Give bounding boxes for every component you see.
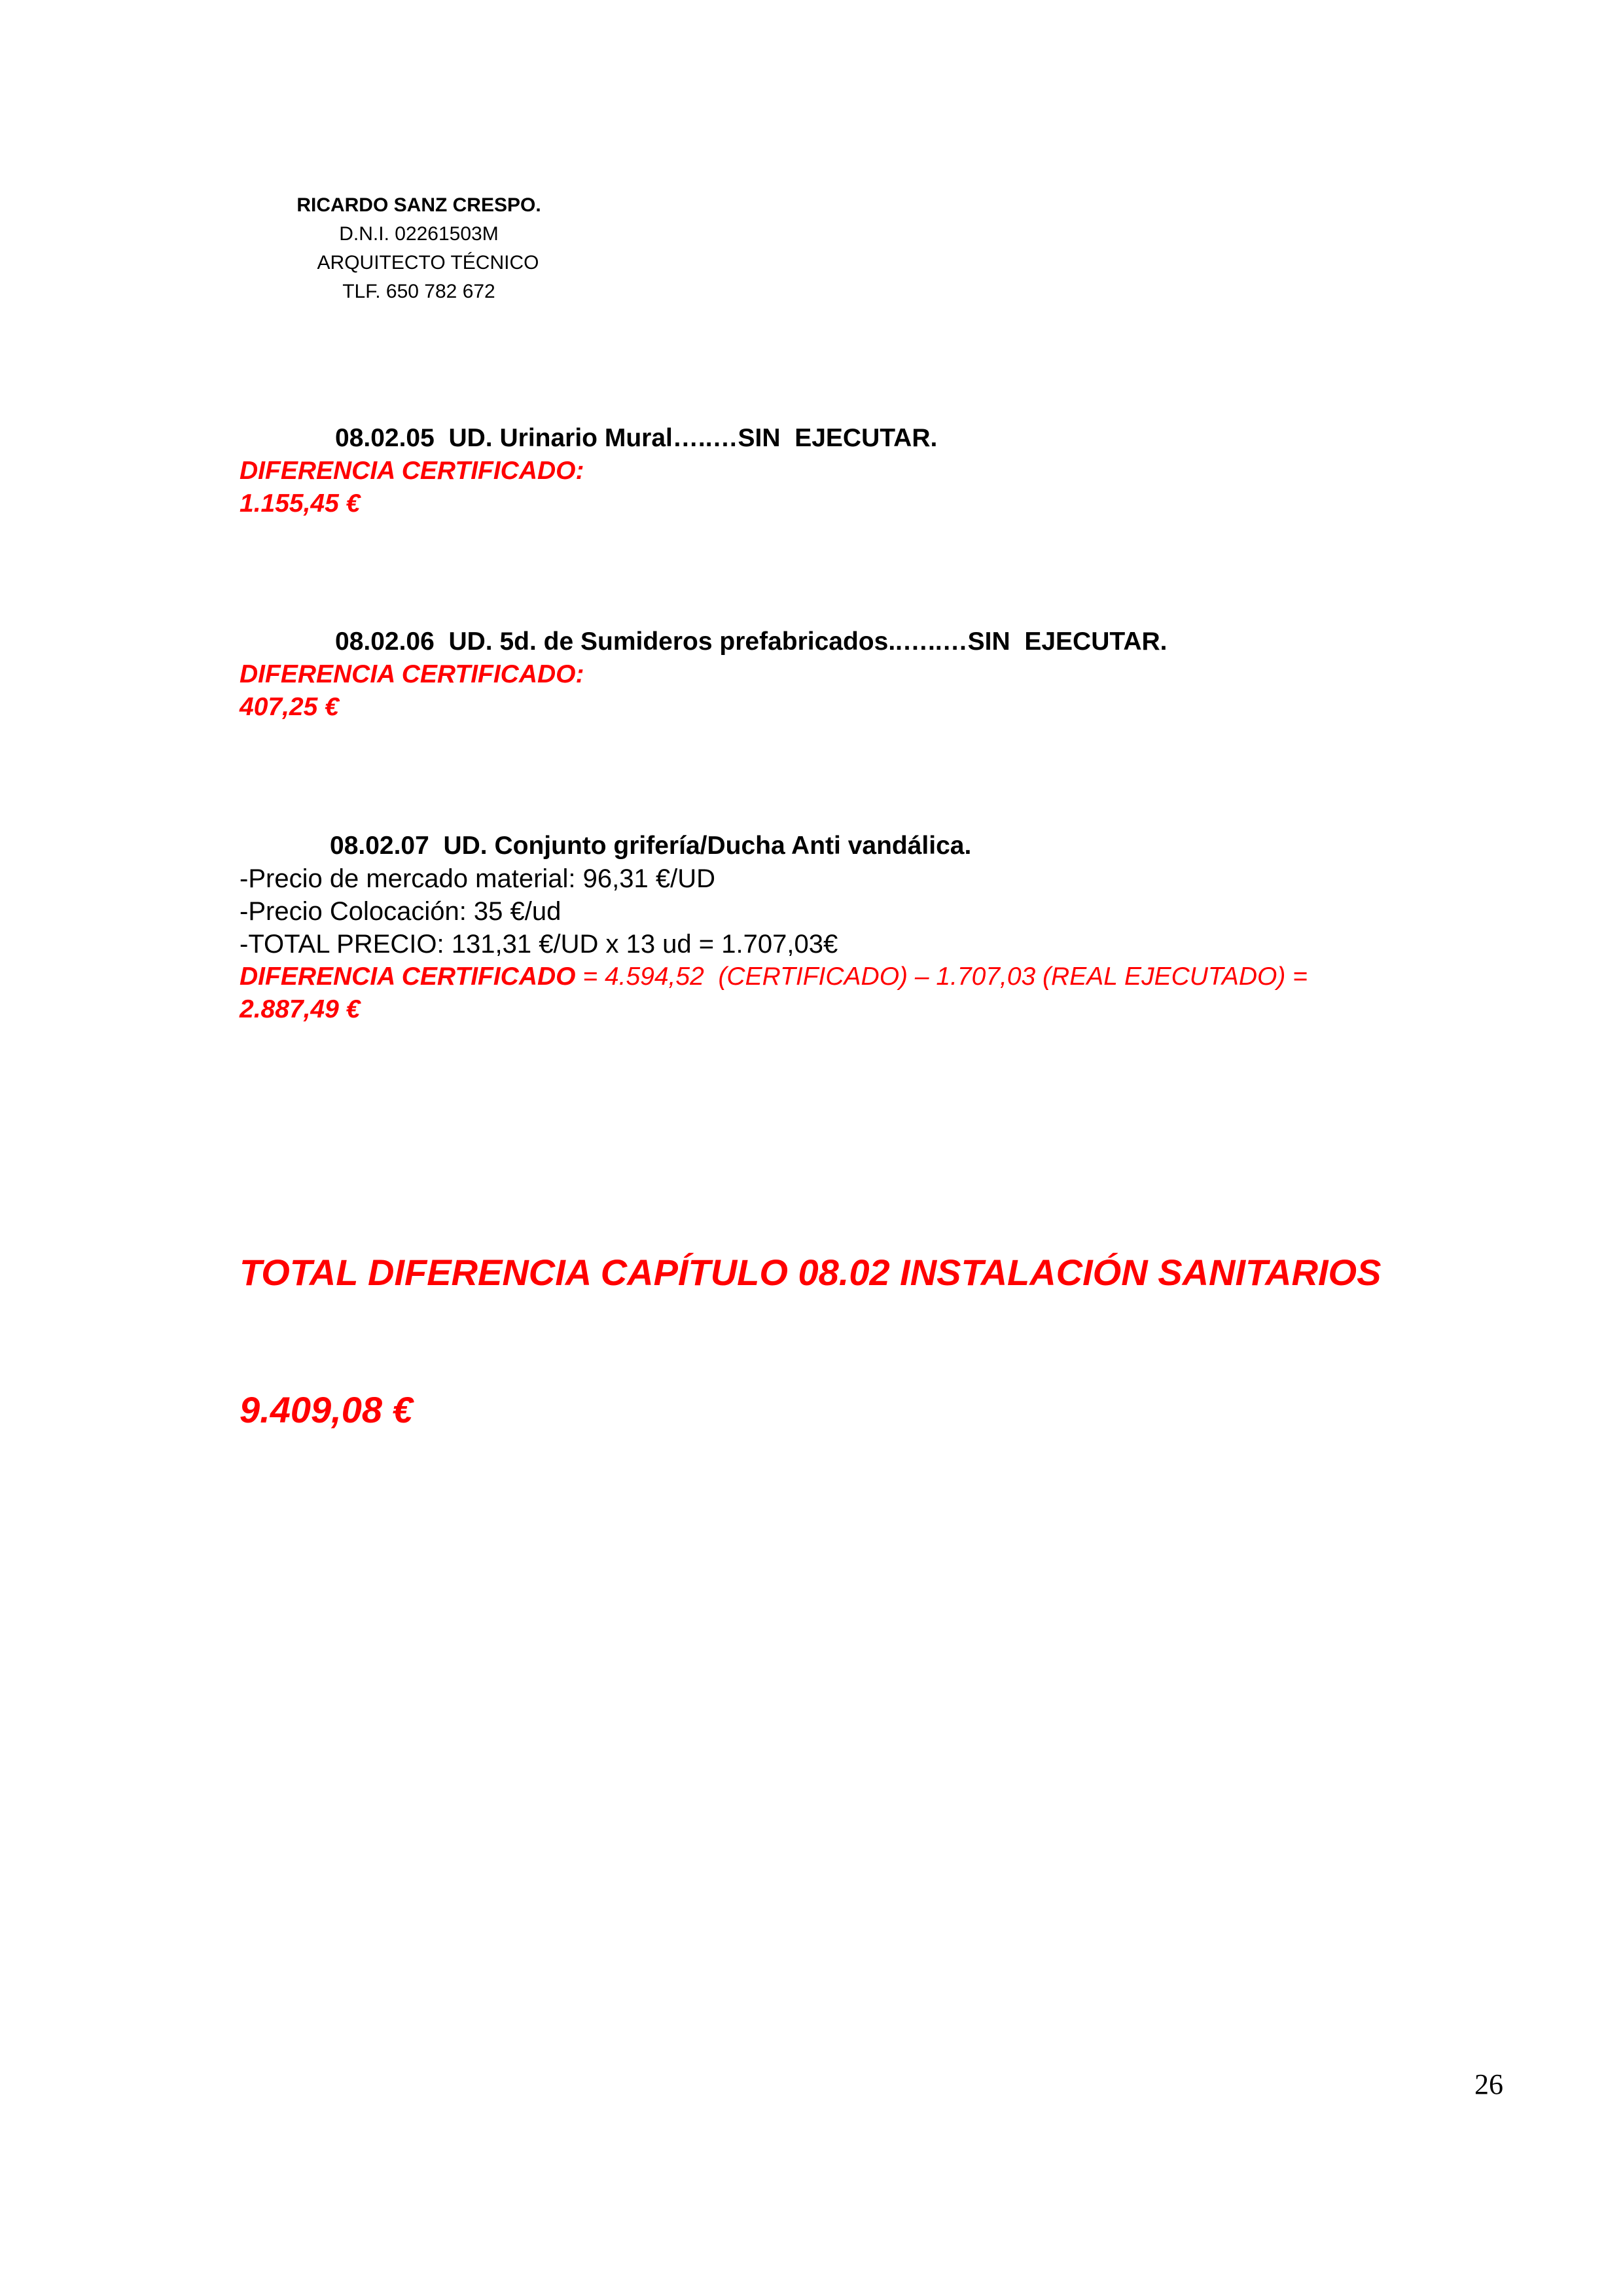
- diff-value: 2.887,49 €: [240, 993, 1548, 1026]
- author-phone: TLF. 650 782 672: [275, 277, 563, 306]
- chapter-total: TOTAL DIFERENCIA CAPÍTULO 08.02 INSTALAC…: [240, 1158, 1381, 1479]
- diff-value: 407,25 €: [240, 691, 1548, 724]
- diff-label: DIFERENCIA CERTIFICADO:: [240, 455, 1548, 487]
- item-08-02-05: 08.02.05 UD. Urinario Mural…..…SIN EJECU…: [240, 422, 1548, 520]
- diff-label: DIFERENCIA CERTIFICADO:: [240, 658, 1548, 691]
- diff-line: DIFERENCIA CERTIFICADO = 4.594,52 (CERTI…: [240, 961, 1548, 993]
- total-label: TOTAL DIFERENCIA CAPÍTULO 08.02 INSTALAC…: [240, 1250, 1381, 1296]
- diff-label: DIFERENCIA CERTIFICADO: [240, 963, 576, 991]
- author-dni: D.N.I. 02261503M: [275, 220, 563, 249]
- diff-value: 1.155,45 €: [240, 487, 1548, 520]
- item-title: 08.02.06 UD. 5d. de Sumideros prefabrica…: [240, 626, 1548, 658]
- item-title: 08.02.07 UD. Conjunto grifería/Ducha Ant…: [240, 830, 1548, 862]
- price-material: -Precio de mercado material: 96,31 €/UD: [240, 862, 1548, 895]
- price-placement: -Precio Colocación: 35 €/ud: [240, 895, 1548, 928]
- author-title: ARQUITECTO TÉCNICO: [275, 249, 563, 277]
- item-title: 08.02.05 UD. Urinario Mural…..…SIN EJECU…: [240, 422, 1548, 455]
- author-name: RICARDO SANZ CRESPO.: [275, 191, 563, 220]
- price-total: -TOTAL PRECIO: 131,31 €/UD x 13 ud = 1.7…: [240, 928, 1548, 961]
- item-08-02-07: 08.02.07 UD. Conjunto grifería/Ducha Ant…: [240, 830, 1548, 1026]
- item-08-02-06: 08.02.06 UD. 5d. de Sumideros prefabrica…: [240, 626, 1548, 724]
- total-value: 9.409,08 €: [240, 1387, 1381, 1433]
- page-number: 26: [1474, 2068, 1503, 2101]
- diff-formula: = 4.594,52 (CERTIFICADO) – 1.707,03 (REA…: [576, 963, 1308, 991]
- author-header: RICARDO SANZ CRESPO. D.N.I. 02261503M AR…: [275, 191, 563, 306]
